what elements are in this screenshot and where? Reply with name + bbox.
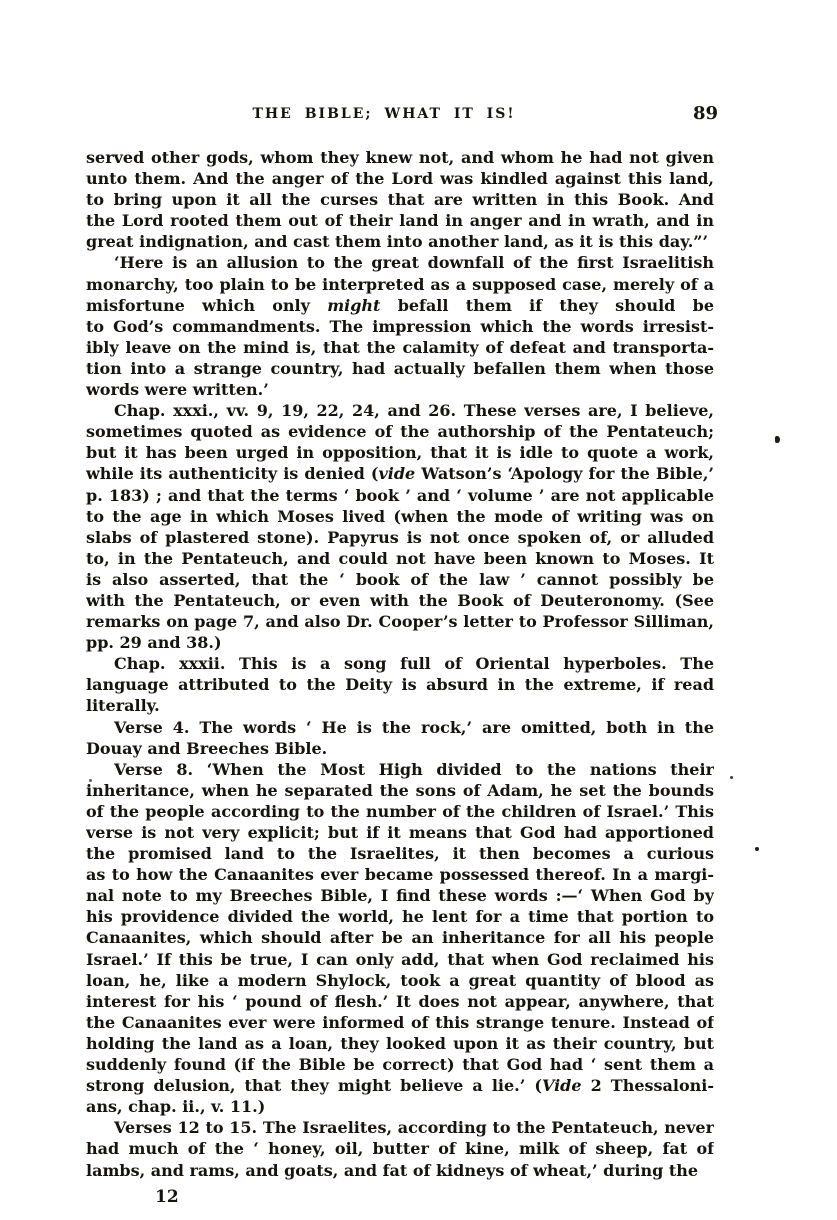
text-line: lambs, and rams, and goats, and fat of k…	[86, 1160, 714, 1181]
running-head: THE BIBLE; WHAT IT IS!	[0, 106, 768, 122]
text-line: loan, he, like a modern Shylock, took a …	[86, 970, 714, 991]
text-line: Verses 12 to 15. The Israelites, accordi…	[86, 1117, 714, 1138]
text-line: remarks on page 7, and also Dr. Cooper’s…	[86, 611, 714, 632]
text-line: ‘Here is an allusion to the great downfa…	[86, 252, 714, 273]
text-line: Chap. xxxii. This is a song full of Orie…	[86, 653, 714, 674]
text-line: pp. 29 and 38.)	[86, 632, 714, 653]
text-line: to God’s commandments. The impression wh…	[86, 316, 714, 337]
paragraph: served other gods, whom they knew not, a…	[86, 147, 714, 252]
text-line: of the people according to the number of…	[86, 801, 714, 822]
page-number: 89	[688, 103, 718, 124]
text-line: his providence divided the world, he len…	[86, 906, 714, 927]
text-line: served other gods, whom they knew not, a…	[86, 147, 714, 168]
ink-speck	[775, 436, 780, 443]
text-line: but it has been urged in opposition, tha…	[86, 442, 714, 463]
text-line: the Lord rooted them out of their land i…	[86, 210, 714, 231]
paragraph: ‘Here is an allusion to the great downfa…	[86, 252, 714, 400]
text-line: inheritance, when he separated the sons …	[86, 780, 714, 801]
ink-speck	[730, 776, 733, 779]
text-line: literally.	[86, 695, 714, 716]
text-line: with the Pentateuch, or even with the Bo…	[86, 590, 714, 611]
text-line: sometimes quoted as evidence of the auth…	[86, 421, 714, 442]
text-line: p. 183) ; and that the terms ‘ book ’ an…	[86, 485, 714, 506]
text-line: Israel.’ If this be true, I can only add…	[86, 949, 714, 970]
ink-speck	[755, 847, 759, 851]
paragraph: Verse 4. The words ‘ He is the rock,’ ar…	[86, 717, 714, 759]
text-line: nal note to my Breeches Bible, I find th…	[86, 885, 714, 906]
text-line: tion into a strange country, had actuall…	[86, 358, 714, 379]
text-line: monarchy, too plain to be interpreted as…	[86, 274, 714, 295]
text-line: Verse 4. The words ‘ He is the rock,’ ar…	[86, 717, 714, 738]
paragraph: Verses 12 to 15. The Israelites, accordi…	[86, 1117, 714, 1180]
text-line: as to how the Canaanites ever became pos…	[86, 864, 714, 885]
text-line: suddenly found (if the Bible be correct)…	[86, 1054, 714, 1075]
text-line: ans, chap. ii., v. 11.)	[86, 1096, 714, 1117]
text-line: to bring upon it all the curses that are…	[86, 189, 714, 210]
paragraph: Verse 8. ‘When the Most High divided to …	[86, 759, 714, 1118]
text-line: strong delusion, that they might believe…	[86, 1075, 714, 1096]
text-line: is also asserted, that the ‘ book of the…	[86, 569, 714, 590]
text-line: great indignation, and cast them into an…	[86, 231, 714, 252]
text-line: misfortune which only might befall them …	[86, 295, 714, 316]
text-line: Douay and Breeches Bible.	[86, 738, 714, 759]
paragraph: Chap. xxxi., vv. 9, 19, 22, 24, and 26. …	[86, 400, 714, 653]
text-line: Chap. xxxi., vv. 9, 19, 22, 24, and 26. …	[86, 400, 714, 421]
text-line: while its authenticity is denied (vide W…	[86, 463, 714, 484]
text-line: Canaanites, which should after be an inh…	[86, 927, 714, 948]
text-line: slabs of plastered stone). Papyrus is no…	[86, 527, 714, 548]
text-line: verse is not very explicit; but if it me…	[86, 822, 714, 843]
text-line: holding the land as a loan, they looked …	[86, 1033, 714, 1054]
text-line: the promised land to the Israelites, it …	[86, 843, 714, 864]
text-line: to the age in which Moses lived (when th…	[86, 506, 714, 527]
text-line: to, in the Pentateuch, and could not hav…	[86, 548, 714, 569]
text-line: the Canaanites ever were informed of thi…	[86, 1012, 714, 1033]
text-line: ibly leave on the mind is, that the cala…	[86, 337, 714, 358]
page-body: served other gods, whom they knew not, a…	[86, 147, 714, 1181]
ink-speck	[89, 779, 92, 782]
book-page: THE BIBLE; WHAT IT IS! 89 served other g…	[0, 0, 837, 1220]
paragraph: Chap. xxxii. This is a song full of Orie…	[86, 653, 714, 716]
text-line: words were written.’	[86, 379, 714, 400]
text-line: unto them. And the anger of the Lord was…	[86, 168, 714, 189]
text-line: Verse 8. ‘When the Most High divided to …	[86, 759, 714, 780]
text-line: interest for his ‘ pound of flesh.’ It d…	[86, 991, 714, 1012]
signature-mark: 12	[155, 1187, 179, 1207]
text-line: language attributed to the Deity is absu…	[86, 674, 714, 695]
text-line: had much of the ‘ honey, oil, butter of …	[86, 1138, 714, 1159]
